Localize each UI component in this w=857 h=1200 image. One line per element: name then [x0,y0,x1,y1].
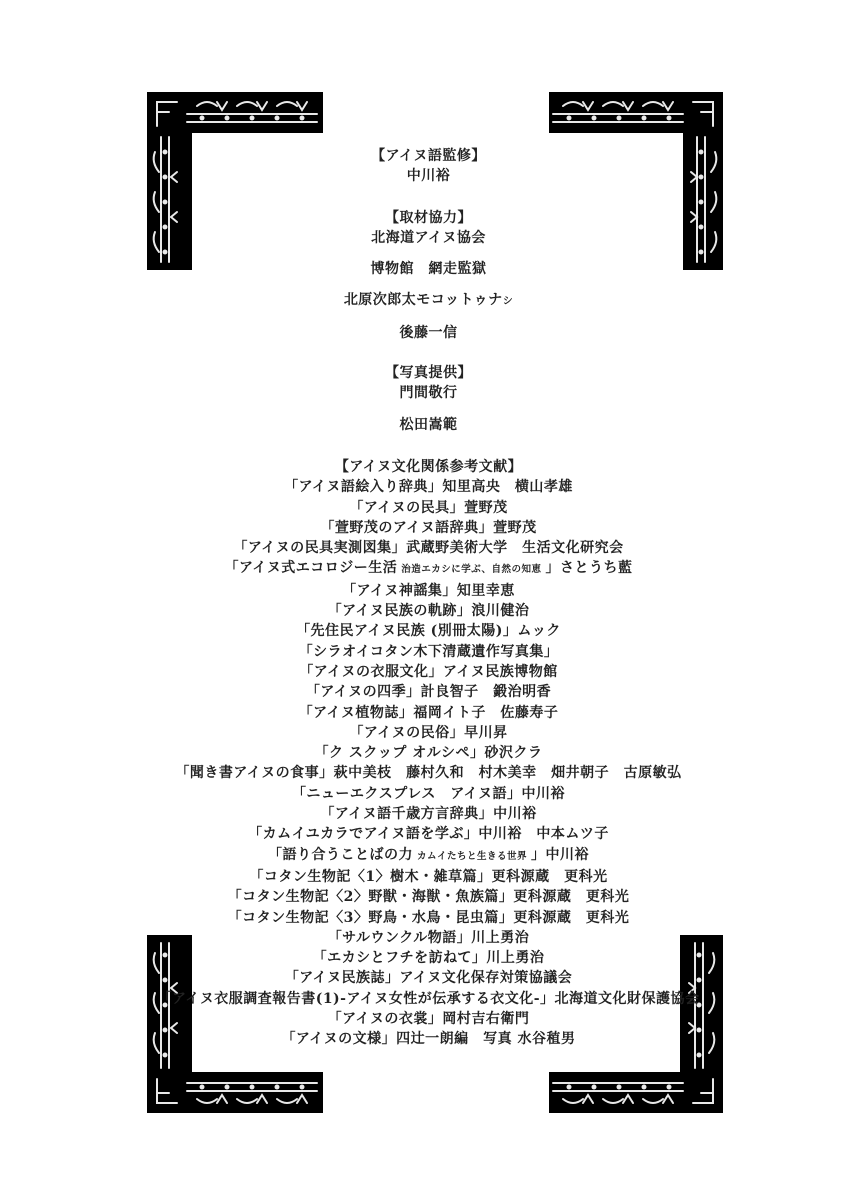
reference-item: 「コタン生物記〈2〉野獣・海獣・魚族篇」更科源蔵 更科光 [0,887,857,907]
credit-name-main: 北原次郎太モコットゥナ [344,292,503,308]
reference-author: 」中川裕 [531,847,589,863]
reference-item: 「語り合うことばの力カムイたちと生きる世界」中川裕 [0,845,857,867]
reference-item: 「先住民アイヌ民族 (別冊太陽)」ムック [0,621,857,641]
reference-subtitle: カムイたちと生きる世界 [417,851,527,862]
reference-item: 「アイヌの四季」計良智子 鍛治明香 [0,682,857,702]
reference-item: 「アイヌ衣服調査報告書(1)-アイヌ女性が伝承する衣文化-」北海道文化財保護協会 [0,989,857,1009]
reference-item: 「聞き書アイヌの食事」萩中美枝 藤村久和 村木美幸 畑井朝子 古原敏弘 [0,763,857,783]
reference-item: 「アイヌの文様」四辻一朗編 写真 水谷稙男 [0,1029,857,1049]
credits-page: 【アイヌ語監修】 中川裕 【取材協力】 北海道アイヌ協会 博物館 網走監獄 北原… [0,146,857,1064]
credit-name: 後藤一信 [0,323,857,343]
reference-title: 「語り合うことばの力 [268,847,413,863]
credit-name: 北海道アイヌ協会 [0,228,857,248]
reference-item: 「ニューエクスプレス アイヌ語」中川裕 [0,784,857,804]
reference-item: 「アイヌの民俗」早川昇 [0,723,857,743]
credit-name: 中川裕 [0,166,857,186]
credit-name-small-kana: シ [503,296,514,307]
credit-name: 門間敬行 [0,383,857,403]
reference-item: 「アイヌ植物誌」福岡イト子 佐藤寿子 [0,703,857,723]
reference-subtitle: 治造エカシに学ぶ、自然の知恵 [401,564,541,575]
reference-item: 「コタン生物記〈1〉樹木・雑草篇」更科源蔵 更科光 [0,867,857,887]
reference-item: 「アイヌ神謡集」知里幸恵 [0,581,857,601]
section-coverage-cooperation: 【取材協力】 北海道アイヌ協会 博物館 網走監獄 北原次郎太モコットゥナシ 後藤… [0,208,857,343]
reference-item: 「萱野茂のアイヌ語辞典」萱野茂 [0,518,857,538]
credit-name: 北原次郎太モコットゥナシ [0,290,857,312]
section-heading: 【写真提供】 [0,363,857,383]
reference-item: 「エカシとフチを訪ねて」川上勇治 [0,948,857,968]
reference-item: 「アイヌの衣裳」岡村吉右衛門 [0,1009,857,1029]
reference-item: 「アイヌ民族の軌跡」浪川健治 [0,601,857,621]
section-heading: 【取材協力】 [0,208,857,228]
reference-item: 「アイヌの衣服文化」アイヌ民族博物館 [0,662,857,682]
reference-item: 「カムイユカラでアイヌ語を学ぶ」中川裕 中本ムツ子 [0,824,857,844]
reference-item: 「コタン生物記〈3〉野鳥・水鳥・昆虫篇」更科源蔵 更科光 [0,908,857,928]
reference-item: 「アイヌの民具実測図集」武蔵野美術大学 生活文化研究会 [0,538,857,558]
credit-name: 松田嵩範 [0,415,857,435]
reference-item: 「アイヌ語絵入り辞典」知里高央 横山孝雄 [0,477,857,497]
credit-name: 博物館 網走監獄 [0,259,857,279]
section-references: 【アイヌ文化関係参考文献】 「アイヌ語絵入り辞典」知里高央 横山孝雄 「アイヌの… [0,457,857,1050]
reference-item: 「アイヌ民族誌」アイヌ文化保存対策協議会 [0,968,857,988]
reference-title: 「アイヌ式エコロジー生活 [225,560,398,576]
reference-item: 「サルウンクル物語」川上勇治 [0,928,857,948]
section-heading: 【アイヌ語監修】 [0,146,857,166]
reference-item: 「アイヌ語千歳方言辞典」中川裕 [0,804,857,824]
reference-author: 」さとうち藍 [545,560,632,576]
reference-item: 「シラオイコタン木下清蔵遺作写真集」 [0,642,857,662]
section-heading: 【アイヌ文化関係参考文献】 [0,457,857,477]
section-ainu-supervision: 【アイヌ語監修】 中川裕 [0,146,857,186]
reference-item: 「ク スクップ オルシペ」砂沢クラ [0,743,857,763]
reference-item: 「アイヌ式エコロジー生活治造エカシに学ぶ、自然の知恵」さとうち藍 [0,558,857,580]
section-photo-provided: 【写真提供】 門間敬行 松田嵩範 [0,363,857,435]
reference-item: 「アイヌの民具」萱野茂 [0,498,857,518]
